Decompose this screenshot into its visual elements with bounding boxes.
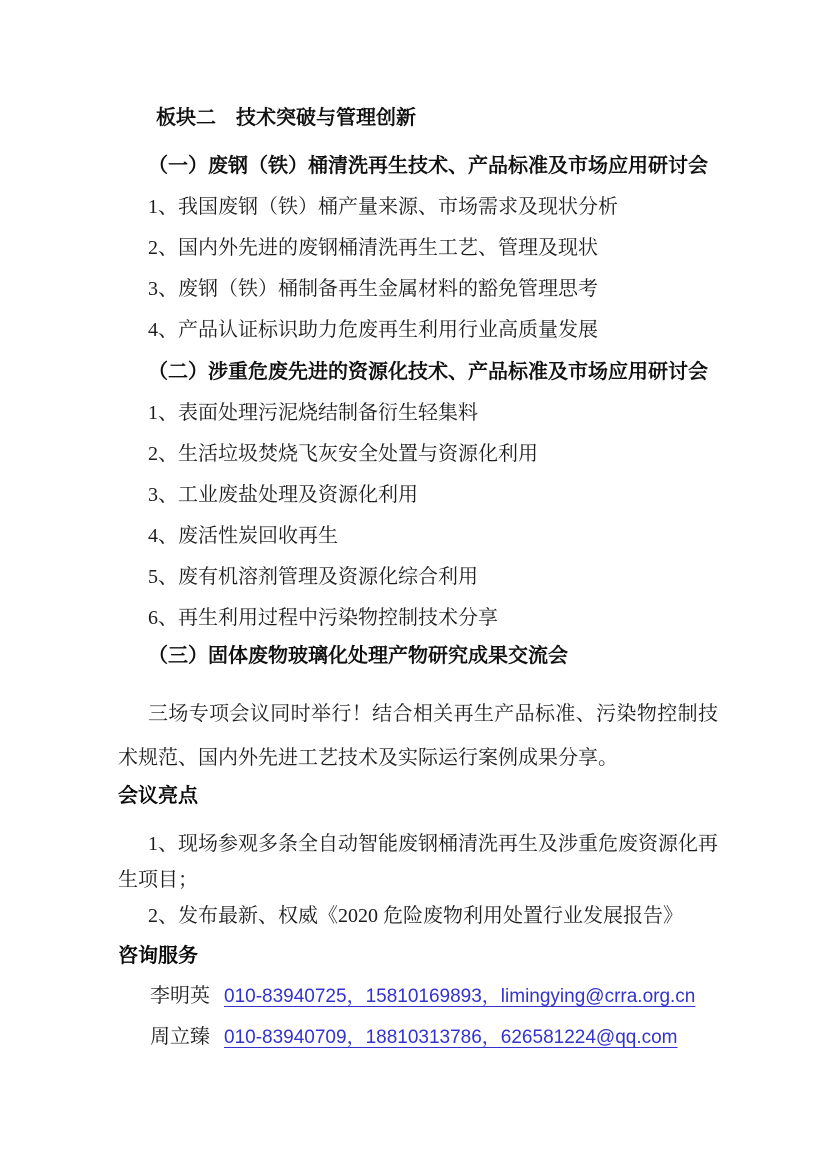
highlight-item: 1、现场参观多条全自动智能废钢桶清洗再生及涉重危废资源化再生项目； [118, 826, 718, 898]
consulting-heading: 咨询服务 [118, 942, 718, 970]
list-item: 1、表面处理污泥烧结制备衍生轻集料 [118, 399, 718, 427]
list-item: 1、我国废钢（铁）桶产量来源、市场需求及现状分析 [118, 193, 718, 221]
section-1-heading: （一）废钢（铁）桶清洗再生技术、产品标准及市场应用研讨会 [118, 152, 718, 180]
section-1: （一）废钢（铁）桶清洗再生技术、产品标准及市场应用研讨会 1、我国废钢（铁）桶产… [118, 152, 718, 344]
section-2-heading: （二）涉重危废先进的资源化技术、产品标准及市场应用研讨会 [118, 358, 718, 386]
page-title: 板块二 技术突破与管理创新 [118, 104, 718, 132]
highlight-item: 2、发布最新、权威《2020 危险废物利用处置行业发展报告》 [118, 898, 718, 934]
list-item: 3、工业废盐处理及资源化利用 [118, 481, 718, 509]
document-page: 板块二 技术突破与管理创新 （一）废钢（铁）桶清洗再生技术、产品标准及市场应用研… [0, 0, 827, 1169]
contact-name: 李明英 [150, 985, 210, 1007]
closing-paragraph: 三场专项会议同时举行！结合相关再生产品标准、污染物控制技术规范、国内外先进工艺技… [118, 692, 718, 780]
section-2: （二）涉重危废先进的资源化技术、产品标准及市场应用研讨会 1、表面处理污泥烧结制… [118, 358, 718, 632]
contact-row: 李明英010-83940725，15810169893，limingying@c… [118, 982, 718, 1011]
section-3: （三）固体废物玻璃化处理产物研究成果交流会 [118, 642, 718, 670]
contact-link[interactable]: 010-83940709，18810313786，626581224@qq.co… [224, 1027, 678, 1048]
list-item: 4、废活性炭回收再生 [118, 522, 718, 550]
list-item: 2、生活垃圾焚烧飞灰安全处置与资源化利用 [118, 440, 718, 468]
list-item: 2、国内外先进的废钢桶清洗再生工艺、管理及现状 [118, 234, 718, 262]
highlights-heading: 会议亮点 [118, 782, 718, 810]
section-3-heading: （三）固体废物玻璃化处理产物研究成果交流会 [118, 642, 718, 670]
list-item: 3、废钢（铁）桶制备再生金属材料的豁免管理思考 [118, 275, 718, 303]
contact-name: 周立臻 [150, 1026, 210, 1048]
contact-row: 周立臻010-83940709，18810313786，626581224@qq… [118, 1023, 718, 1052]
list-item: 5、废有机溶剂管理及资源化综合利用 [118, 563, 718, 591]
list-item: 4、产品认证标识助力危废再生利用行业高质量发展 [118, 316, 718, 344]
list-item: 6、再生利用过程中污染物控制技术分享 [118, 604, 718, 632]
contact-link[interactable]: 010-83940725，15810169893，limingying@crra… [224, 986, 695, 1007]
document-content: 板块二 技术突破与管理创新 （一）废钢（铁）桶清洗再生技术、产品标准及市场应用研… [0, 0, 827, 1052]
